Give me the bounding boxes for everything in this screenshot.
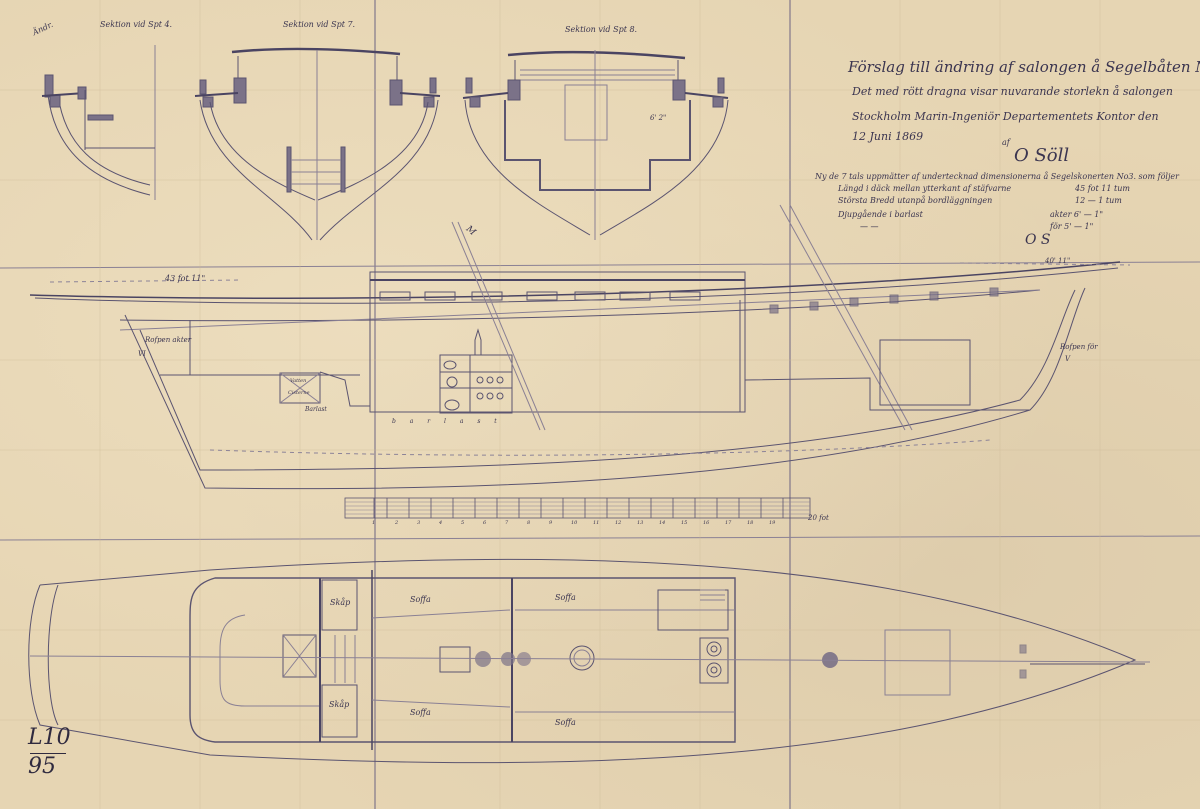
drawing-title: Förslag till ändring af salongen å Segel…: [848, 58, 1200, 76]
scale-tick: 16: [703, 520, 709, 526]
section-spant-8-drawing: [463, 50, 728, 240]
sofa-label: Soffa: [410, 708, 431, 717]
catalog-number-top: L10: [28, 725, 71, 751]
scale-tick: 7: [505, 520, 508, 526]
scale-tick: 1: [372, 520, 375, 526]
section-label: Sektion vid Spt 8.: [565, 25, 637, 34]
scale-tick: 5: [461, 520, 464, 526]
cabinet-label: Skåp: [330, 598, 350, 607]
spec-row-label: Djupgående i barlast: [838, 210, 923, 219]
scale-tick: 17: [725, 520, 731, 526]
tank-label: Cisterne: [288, 390, 310, 396]
plan-view: [29, 559, 1150, 762]
spec-row-value: för 5' — 1": [1050, 222, 1093, 231]
scale-tick: 19: [769, 520, 775, 526]
catalog-number-bottom: 95: [28, 754, 71, 780]
scale-tick: 9: [549, 520, 552, 526]
stern-mark: VI: [138, 350, 146, 358]
countersign-mark: af: [1002, 138, 1010, 147]
scale-tick: 18: [747, 520, 753, 526]
blueprint-sheet: Förslag till ändring af salongen å Segel…: [0, 0, 1200, 809]
section-dimension: 6' 2": [650, 114, 666, 122]
section-spant-4-drawing: [42, 45, 155, 200]
ballast-letters: b a r l a s t: [392, 418, 503, 425]
length-aft-dimension: 43 fot 11": [165, 274, 205, 283]
scale-tick: 6: [483, 520, 486, 526]
scale-tick: 15: [681, 520, 687, 526]
office-line: Stockholm Marin-Ingeniör Departementets …: [852, 110, 1159, 123]
scale-tick: 4: [439, 520, 442, 526]
spec-intro: Ny de 7 tals uppmätter af undertecknad d…: [815, 172, 1179, 181]
scale-tick: 12: [615, 520, 621, 526]
stern-label: Rofpen akter: [145, 336, 191, 344]
section-spant-7-drawing: [195, 49, 440, 240]
sofa-label: Soffa: [410, 595, 431, 604]
catalog-number: L10 95: [28, 725, 71, 780]
bow-label: Rofpen för: [1060, 343, 1098, 351]
section-label: Sektion vid Spt 7.: [283, 20, 355, 29]
scale-tick: 14: [659, 520, 665, 526]
spec-row-label: Största Bredd utanpå bordläggningen: [838, 196, 992, 205]
section-label: Sektion vid Spt 4.: [100, 20, 172, 29]
sideboard-illustration: [440, 330, 512, 413]
scale-tick: 8: [527, 520, 530, 526]
ballast-label: Barlast: [305, 406, 327, 413]
spec-row-value: 12 — 1 tum: [1075, 196, 1122, 205]
spec-row-label: — —: [860, 222, 879, 231]
scale-tick: 3: [417, 520, 420, 526]
drawing-note: Det med rött dragna visar nuvarande stor…: [852, 85, 1173, 98]
sofa-label: Soffa: [555, 718, 576, 727]
sofa-label: Soffa: [555, 593, 576, 602]
scale-tick: 2: [395, 520, 398, 526]
spec-initials: O S: [1025, 232, 1051, 248]
length-fwd-dimension: 40' 11": [1045, 257, 1070, 265]
drawing-date: 12 Juni 1869: [852, 130, 923, 143]
scale-tick: 10: [571, 520, 577, 526]
scale-tick: 13: [637, 520, 643, 526]
bow-mark: V: [1065, 355, 1070, 363]
tank-label: Vatten: [290, 378, 306, 384]
scale-tick: 11: [593, 520, 599, 526]
spec-row-value: akter 6' — 1": [1050, 210, 1103, 219]
spec-row-value: 45 fot 11 tum: [1075, 184, 1130, 193]
scale-bar: [345, 498, 810, 518]
signature: O Söll: [1014, 145, 1069, 166]
scale-unit-label: 20 fot: [808, 514, 829, 522]
cabinet-label: Skåp: [329, 700, 349, 709]
profile-view: [30, 205, 1130, 489]
spec-row-label: Längd i däck mellan ytterkant af stäfvar…: [838, 184, 1011, 193]
